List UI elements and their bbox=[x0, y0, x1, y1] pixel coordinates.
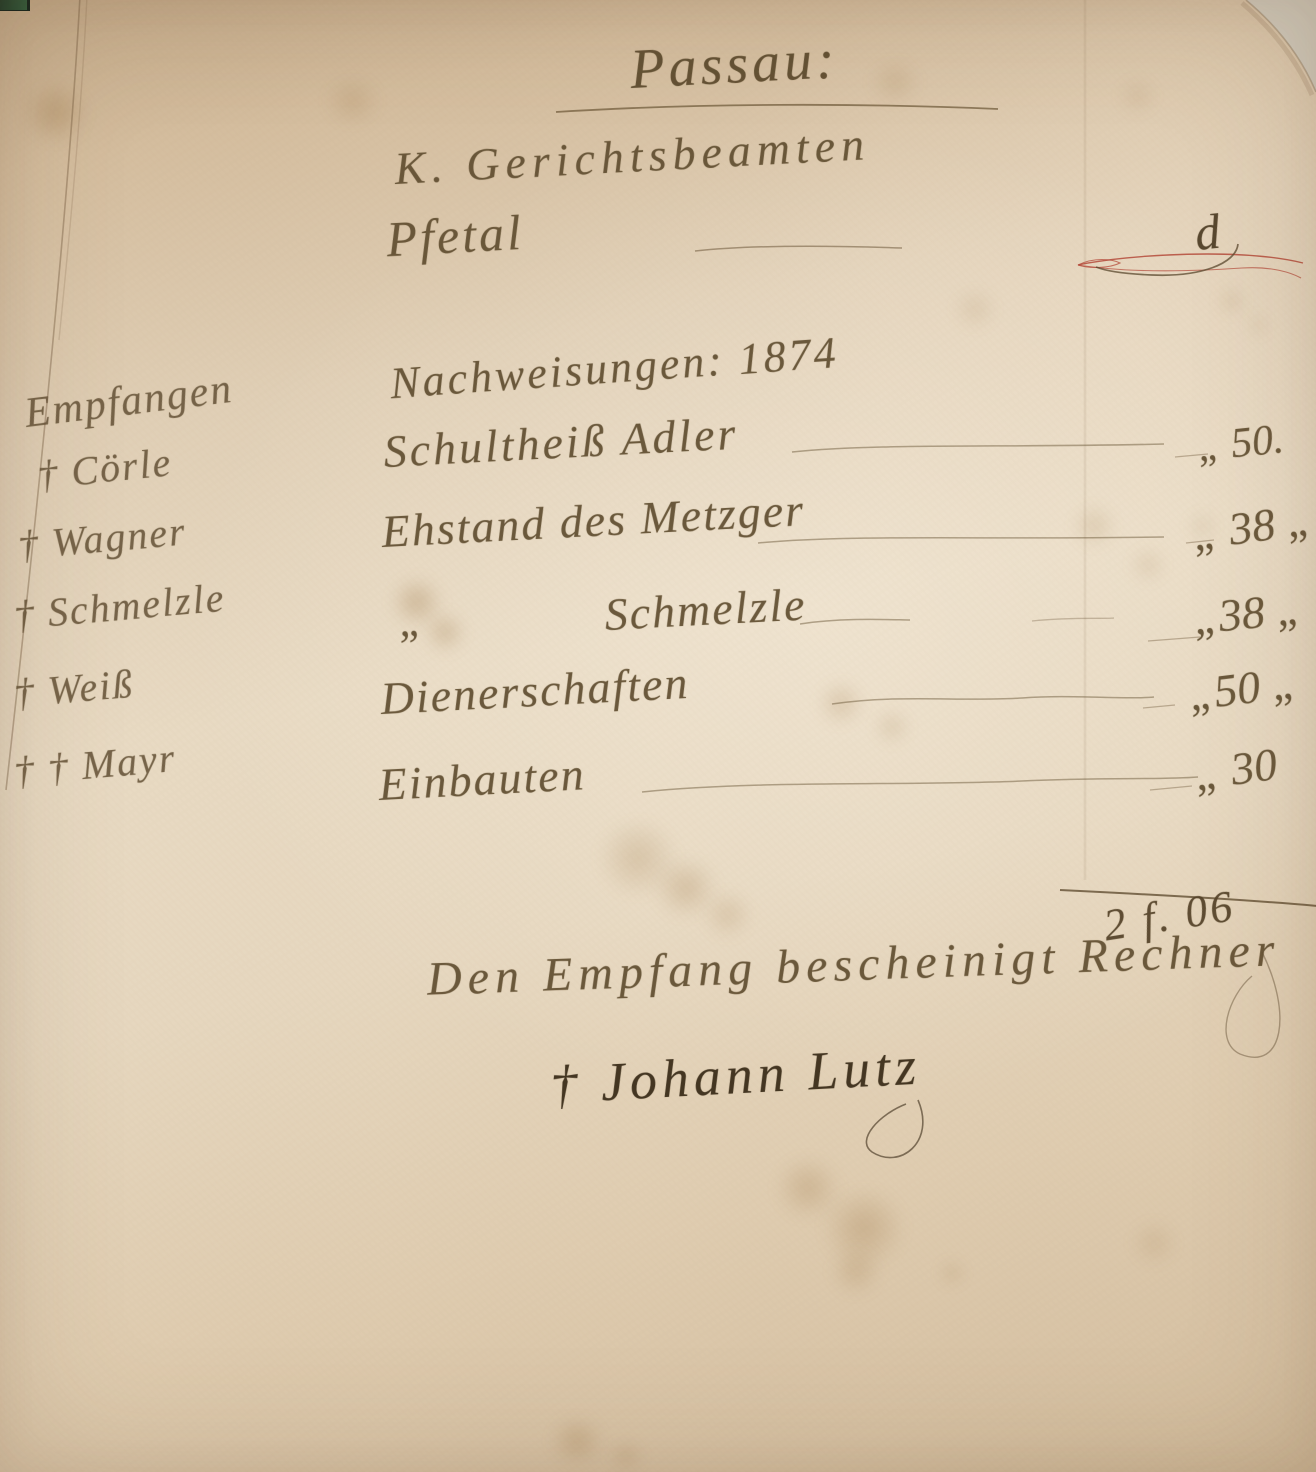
entry-flourish-4 bbox=[832, 697, 1154, 704]
stain bbox=[1215, 288, 1249, 314]
red-underline-flourish-return bbox=[1078, 265, 1301, 278]
book-cover-edge bbox=[0, 0, 30, 11]
entry-line: Nachweisungen: 1874 bbox=[388, 327, 840, 409]
header-line-2: Pfetal bbox=[385, 203, 525, 268]
amount: „50 „ bbox=[1186, 655, 1300, 721]
stain bbox=[950, 290, 1000, 328]
header-dash bbox=[695, 246, 902, 251]
stain bbox=[545, 1420, 609, 1462]
stain bbox=[1115, 80, 1160, 112]
stain bbox=[1128, 1222, 1180, 1264]
entry-flourish-1 bbox=[792, 444, 1164, 452]
entry-line: Dienerschaften bbox=[379, 656, 690, 725]
title-underline bbox=[556, 105, 998, 112]
stain bbox=[865, 62, 925, 102]
pen-strokes-overlay bbox=[0, 0, 1316, 1472]
page-corner-shadow bbox=[1242, 3, 1312, 95]
margin-name: † † Mayr bbox=[12, 734, 178, 795]
entry-line: Schmelzle bbox=[603, 578, 807, 641]
signature: † Johann Lutz bbox=[549, 1035, 923, 1116]
stain bbox=[872, 710, 912, 744]
amount: „ 38 „ bbox=[1189, 492, 1315, 561]
stain bbox=[650, 860, 722, 916]
amount-tick-5 bbox=[1150, 786, 1192, 790]
amount: „ 30 bbox=[1191, 737, 1281, 801]
margin-name: † Cörle bbox=[35, 438, 174, 499]
amount: „ 50. bbox=[1195, 415, 1286, 472]
margin-name: † Schmelzle bbox=[12, 574, 227, 639]
entry-line: Schultheiß Adler bbox=[382, 406, 739, 478]
entry-flourish-3 bbox=[800, 619, 910, 624]
header-line-1: K. Gerichtsbeamten bbox=[393, 117, 871, 195]
ditto-mark: „ bbox=[397, 595, 424, 647]
manuscript-page-photo: Passau: K. Gerichtsbeamten Pfetal d Empf… bbox=[0, 0, 1316, 1472]
margin-name: † Weiß bbox=[12, 660, 136, 717]
vertical-paper-crease bbox=[1083, 0, 1087, 880]
stain bbox=[818, 1190, 910, 1266]
stain bbox=[320, 80, 385, 122]
page-corner-edge bbox=[1246, 0, 1316, 92]
paper-grain-texture bbox=[0, 0, 1316, 1472]
stain bbox=[828, 1248, 884, 1294]
entry-line: Ehstand des Metzger bbox=[380, 483, 806, 558]
entry-flourish-2 bbox=[758, 537, 1164, 543]
stain bbox=[18, 85, 93, 140]
stain bbox=[772, 1158, 844, 1218]
stain bbox=[938, 1262, 966, 1284]
signature-descender-loop bbox=[866, 1100, 922, 1158]
amount: „38 „ bbox=[1190, 581, 1304, 645]
amount-tick-3 bbox=[1148, 637, 1200, 641]
stain bbox=[815, 682, 867, 724]
margin-header: Empfangen bbox=[22, 365, 236, 438]
stain bbox=[1245, 315, 1271, 335]
header-annotation: d bbox=[1192, 202, 1223, 262]
closing-line: Den Empfang bescheinigt Rechner bbox=[426, 922, 1281, 1007]
stain bbox=[605, 1443, 647, 1469]
stain bbox=[1128, 548, 1168, 582]
stain bbox=[700, 892, 755, 937]
red-underline-flourish bbox=[1078, 254, 1303, 265]
red-underline-loop bbox=[1078, 260, 1120, 268]
page-title: Passau: bbox=[629, 27, 841, 102]
binding-fold-line-2 bbox=[59, 0, 87, 340]
entry-line: Einbauten bbox=[377, 747, 587, 811]
margin-name: † Wagner bbox=[16, 507, 188, 569]
entry-flourish-3b bbox=[1032, 618, 1114, 621]
stain bbox=[422, 612, 468, 652]
stain bbox=[1070, 505, 1118, 547]
page-corner-curl bbox=[1246, 0, 1316, 92]
stain bbox=[592, 822, 684, 894]
entry-flourish-5 bbox=[642, 777, 1198, 792]
amount-tick-4 bbox=[1143, 705, 1175, 708]
